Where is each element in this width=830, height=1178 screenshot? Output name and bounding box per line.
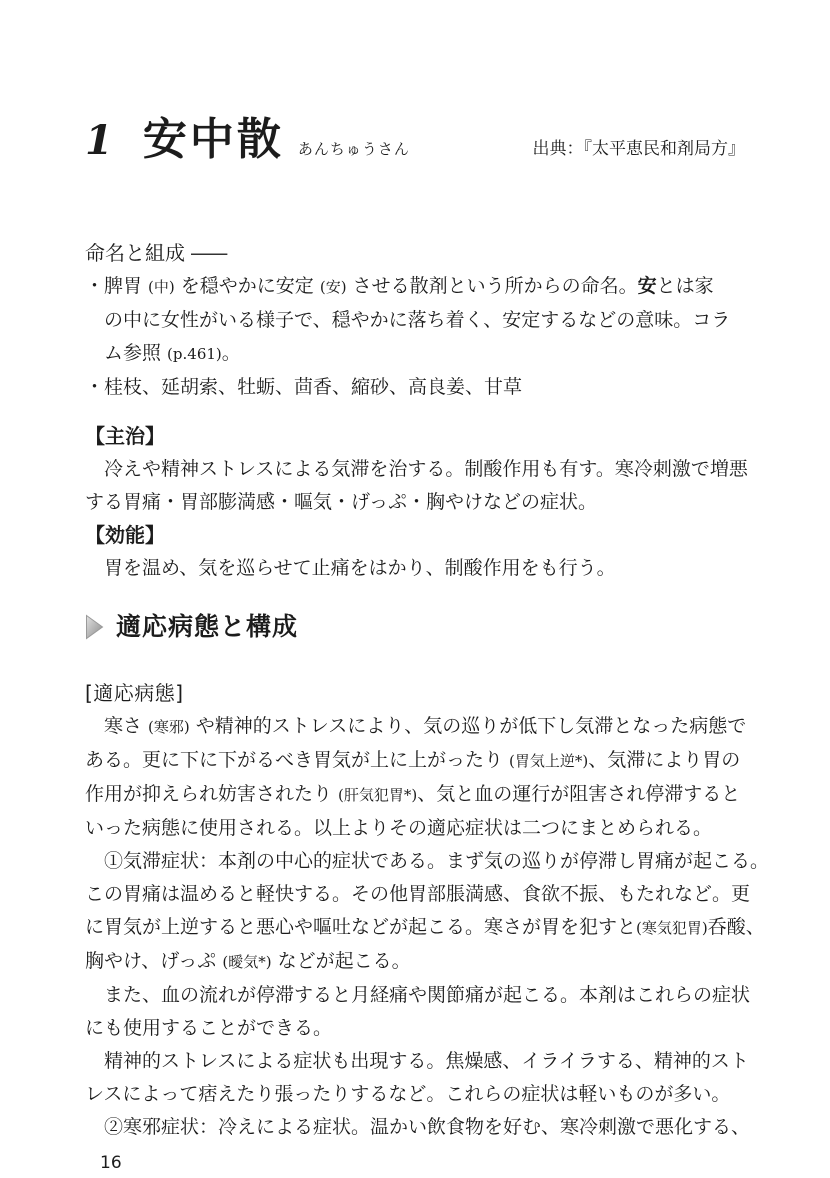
text-segment: 、気と血の運行が阻害され停滞すると xyxy=(417,783,740,805)
formula-title: 安中散 xyxy=(143,103,284,167)
tekiou-para5: ②寒邪症状：冷えによる症状。温かい飲食物を好む、寒冷刺激で悪化する、 xyxy=(85,1111,745,1144)
shuchi-text: 冷えや精神ストレスによる気滞を治する。制酸作用も有す。寒冷刺激で増悪する胃痛・胃… xyxy=(85,453,745,519)
text-line: 精神的ストレスによる症状も出現する。焦燥感、イライラする、精神的スト xyxy=(85,1045,745,1078)
text-segment: ②寒邪症状：冷えによる症状。温かい飲食物を好む、寒冷刺激で悪化する、 xyxy=(104,1116,750,1138)
shuchi-heading: 【主治】 xyxy=(85,420,745,453)
text-segment: 作用が抑えられ妨害されたり xyxy=(85,783,338,805)
text-line: の中に女性がいる様子で、穏やかに落ち着く、安定するなどの意味。コラ xyxy=(85,304,745,337)
text-line: いった病態に使用される。以上よりその適応症状は二つにまとめられる。 xyxy=(85,812,745,845)
naming-heading: 命名と組成 ―― xyxy=(85,237,745,270)
kounou-heading: 【効能】 xyxy=(85,519,745,552)
text-segment: ・脾胃 xyxy=(85,275,148,297)
text-line: する胃痛・胃部膨満感・嘔気・げっぷ・胸やけなどの症状。 xyxy=(85,486,745,519)
text-line: 冷えや精神ストレスによる気滞を治する。制酸作用も有す。寒冷刺激で増悪 xyxy=(85,453,745,486)
text-line: 胃を温め、気を巡らせて止痛をはかり、制酸作用をも行う。 xyxy=(85,552,745,585)
text-segment: (安) xyxy=(320,278,347,296)
kounou-text: 胃を温め、気を巡らせて止痛をはかり、制酸作用をも行う。 xyxy=(85,552,745,585)
text-segment: レスによって痞えたり張ったりするなど。これらの症状は軽いものが多い。 xyxy=(85,1083,730,1105)
text-segment: などが起こる。 xyxy=(272,950,411,972)
text-line: に胃気が上逆すると悪心や嘔吐などが起こる。寒さが胃を犯すと(寒気犯胃)呑酸、 xyxy=(85,911,745,945)
heading-dash: ―― xyxy=(191,237,224,270)
text-line: 胸やけ、げっぷ (曖気*) などが起こる。 xyxy=(85,945,745,979)
text-segment: (肝気犯胃*) xyxy=(338,786,417,804)
text-line: この胃痛は温めると軽快する。その他胃部脹満感、食欲不振、もたれなど。更 xyxy=(85,878,745,911)
text-segment: 胸やけ、げっぷ xyxy=(85,950,222,972)
text-line: ある。更に下に下がるべき胃気が上に上がったり (胃気上逆*)、気滞により胃の xyxy=(85,744,745,778)
text-line: 寒さ (寒邪) や精神的ストレスにより、気の巡りが低下し気滞となった病態で xyxy=(85,710,745,744)
source-citation: 出典：『太平恵民和剤局方』 xyxy=(533,134,746,159)
text-segment: に胃気が上逆すると悪心や嘔吐などが起こる。寒さが胃を犯すと xyxy=(85,916,636,938)
text-segment: の中に女性がいる様子で、穏やかに落ち着く、安定するなどの意味。コラ xyxy=(104,309,730,331)
text-line: ・脾胃 (中) を穏やかに安定 (安) させる散剤という所からの命名。安とは家 xyxy=(85,270,745,304)
text-segment: ・桂枝、延胡索、牡蛎、茴香、縮砂、高良姜、甘草 xyxy=(85,376,522,398)
text-segment: 安 xyxy=(638,275,657,297)
section-heading-label: 適応病態と構成 xyxy=(116,607,298,647)
text-segment: を穏やかに安定 xyxy=(175,275,320,297)
text-segment: (曖気*) xyxy=(222,953,271,971)
tekiou-heading: [適応病態] xyxy=(85,677,745,710)
page-number: 16 xyxy=(85,1153,745,1173)
text-line: ①気滞症状：本剤の中心的症状である。まず気の巡りが停滞し胃痛が起こる。 xyxy=(85,845,745,878)
text-segment: 。 xyxy=(222,342,241,364)
text-segment: 精神的ストレスによる症状も出現する。焦燥感、イライラする、精神的スト xyxy=(104,1050,749,1072)
text-segment: 寒さ xyxy=(104,715,148,737)
text-segment: や精神的ストレスにより、気の巡りが低下し気滞となった病態で xyxy=(190,715,746,737)
naming-text: ・脾胃 (中) を穏やかに安定 (安) させる散剤という所からの命名。安とは家の… xyxy=(85,270,745,404)
text-segment: する胃痛・胃部膨満感・嘔気・げっぷ・胸やけなどの症状。 xyxy=(85,491,597,513)
text-line: にも使用することができる。 xyxy=(85,1012,745,1045)
text-segment: 冷えや精神ストレスによる気滞を治する。制酸作用も有す。寒冷刺激で増悪 xyxy=(104,458,748,480)
kounou-block: 【効能】 胃を温め、気を巡らせて止痛をはかり、制酸作用をも行う。 xyxy=(85,519,745,585)
chapter-title-row: 1 安中散 あんちゅうさん 出典：『太平恵民和剤局方』 xyxy=(85,103,745,167)
text-segment: ム参照 xyxy=(104,342,167,364)
text-segment: (寒気犯胃) xyxy=(636,919,708,937)
text-line: 作用が抑えられ妨害されたり (肝気犯胃*)、気と血の運行が阻害され停滞すると xyxy=(85,778,745,812)
naming-heading-label: 命名と組成 xyxy=(85,237,185,270)
tekiou-para3: また、血の流れが停滞すると月経痛や関節痛が起こる。本剤はこれらの症状にも使用する… xyxy=(85,979,745,1045)
tekiou-para4: 精神的ストレスによる症状も出現する。焦燥感、イライラする、精神的ストレスによって… xyxy=(85,1045,745,1111)
text-segment: (胃気上逆*) xyxy=(509,752,588,770)
shuchi-block: 【主治】 冷えや精神ストレスによる気滞を治する。制酸作用も有す。寒冷刺激で増悪す… xyxy=(85,420,745,519)
book-page: 1 安中散 あんちゅうさん 出典：『太平恵民和剤局方』 命名と組成 ―― ・脾胃… xyxy=(0,0,830,1178)
text-segment: この胃痛は温めると軽快する。その他胃部脹満感、食欲不振、もたれなど。更 xyxy=(85,883,750,905)
text-segment: 、気滞により胃の xyxy=(588,749,740,771)
tekiou-para2: ①気滞症状：本剤の中心的症状である。まず気の巡りが停滞し胃痛が起こる。この胃痛は… xyxy=(85,845,745,979)
tekiou-para1: 寒さ (寒邪) や精神的ストレスにより、気の巡りが低下し気滞となった病態である。… xyxy=(85,710,745,845)
text-segment: 胃を温め、気を巡らせて止痛をはかり、制酸作用をも行う。 xyxy=(104,557,616,579)
text-line: ②寒邪症状：冷えによる症状。温かい飲食物を好む、寒冷刺激で悪化する、 xyxy=(85,1111,745,1144)
text-segment: (p.461) xyxy=(167,345,222,363)
text-line: ・桂枝、延胡索、牡蛎、茴香、縮砂、高良姜、甘草 xyxy=(85,371,745,404)
text-segment: (中) xyxy=(148,278,175,296)
text-segment: いった病態に使用される。以上よりその適応症状は二つにまとめられる。 xyxy=(85,817,712,839)
text-segment: とは家 xyxy=(657,275,714,297)
text-line: レスによって痞えたり張ったりするなど。これらの症状は軽いものが多い。 xyxy=(85,1078,745,1111)
right-triangle-icon xyxy=(85,614,104,640)
formula-number: 1 xyxy=(85,117,113,164)
text-segment: ある。更に下に下がるべき胃気が上に上がったり xyxy=(85,749,509,771)
formula-reading: あんちゅうさん xyxy=(298,138,410,159)
section-heading: 適応病態と構成 xyxy=(85,607,745,647)
text-line: また、血の流れが停滞すると月経痛や関節痛が起こる。本剤はこれらの症状 xyxy=(85,979,745,1012)
text-segment: させる散剤という所からの命名。 xyxy=(347,275,638,297)
text-segment: また、血の流れが停滞すると月経痛や関節痛が起こる。本剤はこれらの症状 xyxy=(104,984,750,1006)
text-segment: 呑酸、 xyxy=(708,916,765,938)
text-segment: (寒邪) xyxy=(148,718,190,736)
text-segment: ①気滞症状：本剤の中心的症状である。まず気の巡りが停滞し胃痛が起こる。 xyxy=(104,850,769,872)
text-segment: にも使用することができる。 xyxy=(85,1017,332,1039)
text-line: ム参照 (p.461)。 xyxy=(85,337,745,371)
